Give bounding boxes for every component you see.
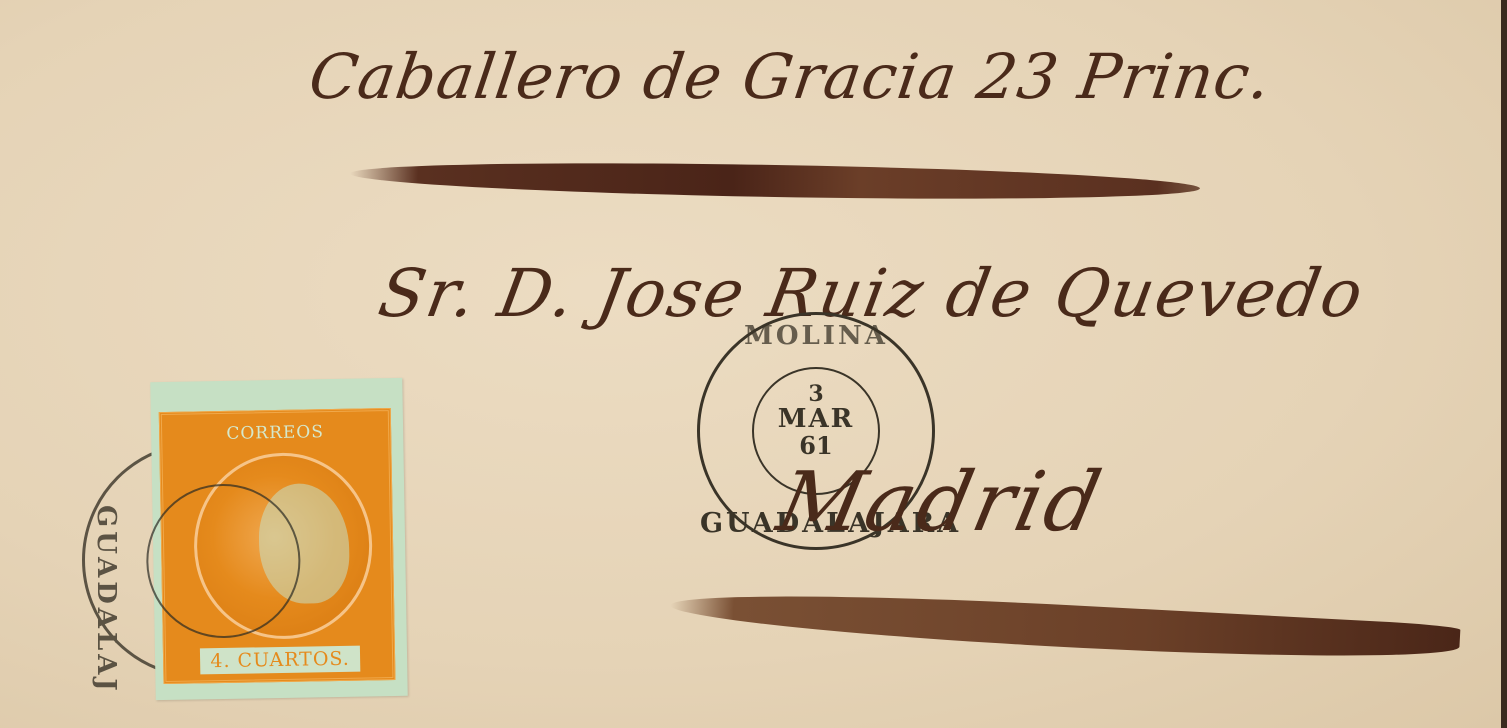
ink-flourish-bottom xyxy=(669,584,1460,667)
postmark-partial-province: GUADALAJ xyxy=(91,505,121,695)
postage-stamp: CORREOS 4. CUARTOS. xyxy=(150,378,408,700)
postmark-town: MOLINA xyxy=(700,321,932,351)
stamp-frame: CORREOS 4. CUARTOS. xyxy=(159,408,396,684)
address-street: Caballero de Gracia 23 Princ. xyxy=(305,40,1276,113)
ink-flourish-top xyxy=(350,158,1200,205)
stamp-value-label: 4. CUARTOS. xyxy=(200,646,360,675)
stamp-top-label: CORREOS xyxy=(162,421,388,445)
postmark-month: MAR xyxy=(754,405,878,433)
postmark-day: 3 xyxy=(754,383,878,405)
envelope: Caballero de Gracia 23 Princ. Sr. D. Jos… xyxy=(0,0,1507,728)
address-city: Madrid xyxy=(770,455,1111,550)
